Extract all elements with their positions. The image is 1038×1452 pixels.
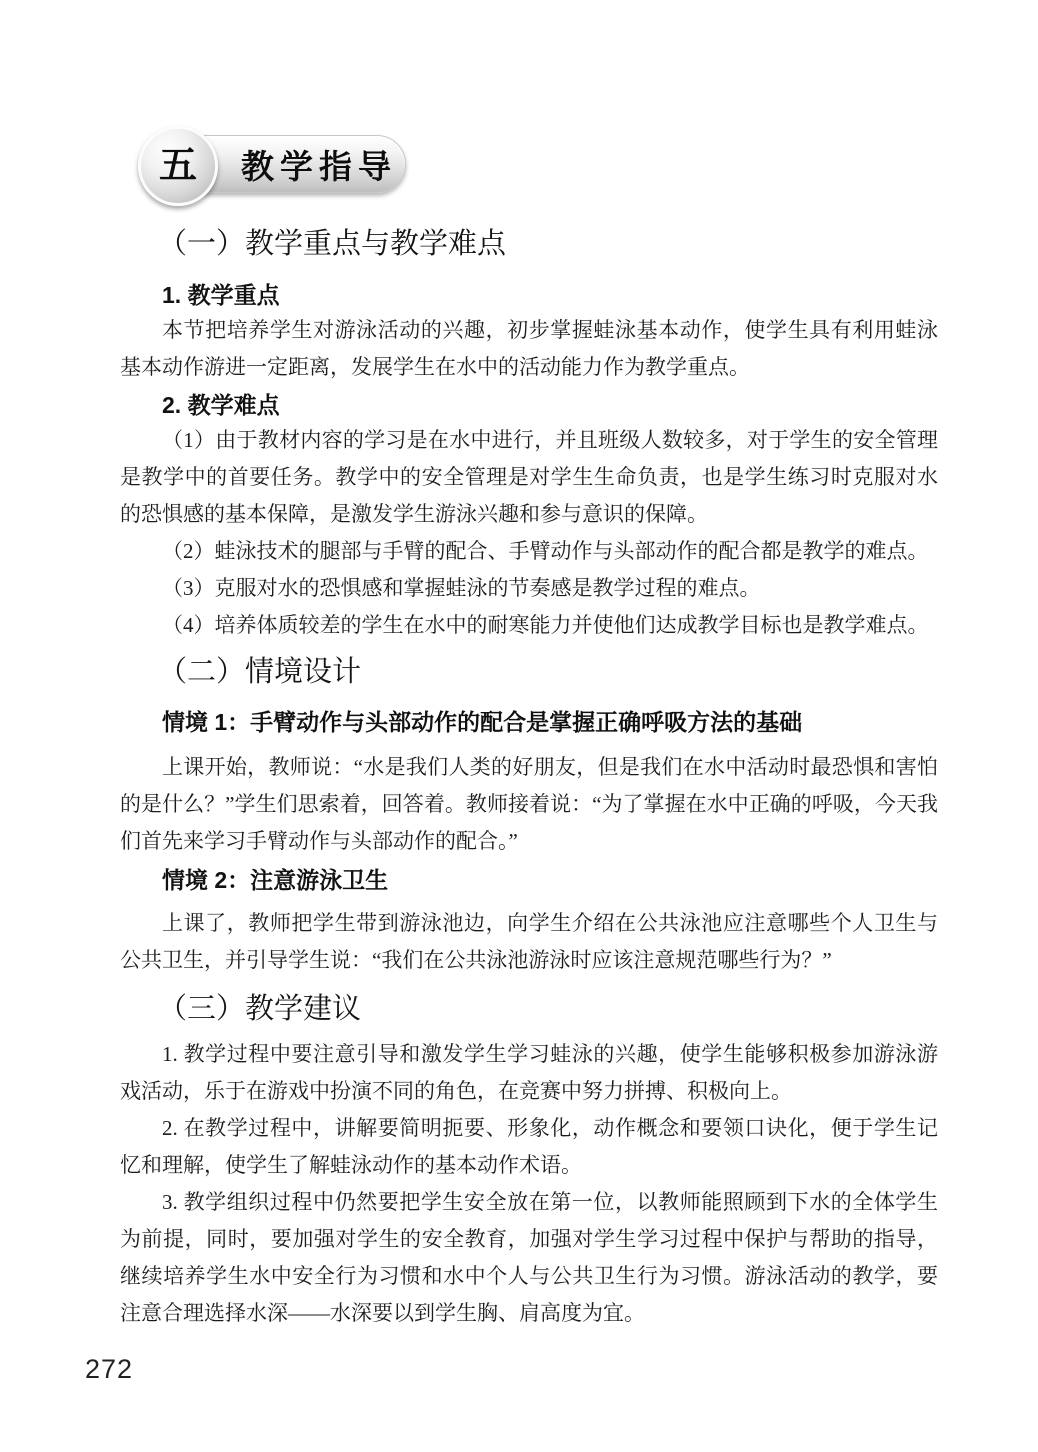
section-title-3: （三）教学建议	[158, 989, 938, 1029]
subhead-teaching-focus: 1. 教学重点	[162, 280, 938, 310]
para-difficulty-2: （2）蛙泳技术的腿部与手臂的配合、手臂动作与头部动作的配合都是教学的难点。	[120, 533, 938, 570]
para-suggestion-2: 2. 在教学过程中，讲解要简明扼要、形象化，动作概念和要领口诀化，便于学生记忆和…	[120, 1110, 938, 1184]
para-teaching-focus: 本节把培养学生对游泳活动的兴趣，初步掌握蛙泳基本动作，使学生具有利用蛙泳基本动作…	[120, 312, 938, 386]
page-number: 272	[85, 1354, 133, 1385]
subhead-teaching-difficulty: 2. 教学难点	[162, 390, 938, 420]
subhead-situation-1: 情境 1：手臂动作与头部动作的配合是掌握正确呼吸方法的基础	[162, 707, 938, 737]
para-difficulty-3: （3）克服对水的恐惧感和掌握蛙泳的节奏感是教学过程的难点。	[120, 570, 938, 607]
para-situation-2: 上课了，教师把学生带到游泳池边，向学生介绍在公共泳池应注意哪些个人卫生与公共卫生…	[120, 905, 938, 979]
chapter-badge: 教学指导 五	[138, 126, 438, 208]
chapter-number: 五	[159, 147, 197, 185]
para-difficulty-4: （4）培养体质较差的学生在水中的耐寒能力并使他们达成教学目标也是教学难点。	[120, 607, 938, 644]
chapter-title: 教学指导	[241, 141, 397, 188]
section-title-2: （二）情境设计	[158, 652, 938, 692]
section-title-1: （一）教学重点与教学难点	[158, 224, 938, 264]
chapter-number-circle: 五	[138, 126, 218, 206]
para-suggestion-3: 3. 教学组织过程中仍然要把学生安全放在第一位，以教师能照顾到下水的全体学生为前…	[120, 1184, 938, 1332]
page-content: 教学指导 五 （一）教学重点与教学难点 1. 教学重点 本节把培养学生对游泳活动…	[120, 0, 938, 1332]
para-difficulty-1: （1）由于教材内容的学习是在水中进行，并且班级人数较多，对于学生的安全管理是教学…	[120, 422, 938, 533]
para-suggestion-1: 1. 教学过程中要注意引导和激发学生学习蛙泳的兴趣，使学生能够积极参加游泳游戏活…	[120, 1036, 938, 1110]
subhead-situation-2: 情境 2：注意游泳卫生	[162, 865, 938, 895]
textbook-page: 教学指导 五 （一）教学重点与教学难点 1. 教学重点 本节把培养学生对游泳活动…	[0, 0, 1038, 1452]
para-situation-1: 上课开始，教师说：“水是我们人类的好朋友，但是我们在水中活动时最恐惧和害怕的是什…	[120, 749, 938, 860]
